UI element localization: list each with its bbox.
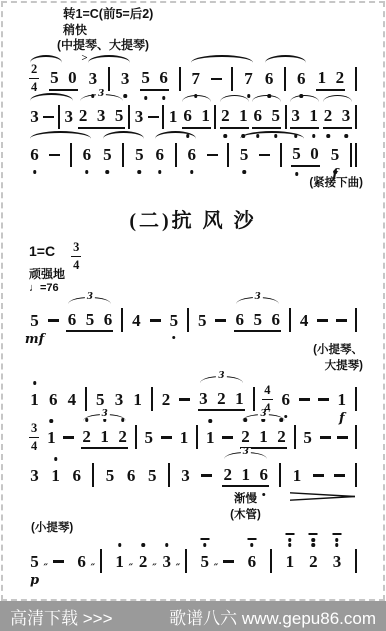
- note-digit: 3: [121, 70, 130, 87]
- barline: [289, 308, 291, 332]
- barline: [92, 463, 94, 487]
- note: 2: [276, 424, 287, 448]
- note-digit: 1: [180, 429, 189, 446]
- slur-arc: [323, 95, 352, 103]
- footer-bar: 高清下载 >>> 歌谱八六 www.gepu86.com: [0, 601, 386, 631]
- overline-mark: [309, 533, 318, 535]
- tie-slur: [191, 55, 253, 64]
- note-digit: 6: [83, 146, 92, 163]
- note-digit: 3: [199, 390, 208, 407]
- barline: [151, 387, 153, 411]
- octave-dot-below: [247, 94, 251, 98]
- tie-slur: [30, 93, 73, 102]
- barline: [355, 387, 357, 411]
- octave-dot-below: [326, 134, 330, 138]
- meter-numerator: 2: [29, 61, 39, 79]
- octave-dot-above: [335, 538, 339, 542]
- note: 5mf: [29, 308, 40, 332]
- octave-dot-above: [288, 538, 292, 542]
- note-digit: 6: [235, 311, 244, 328]
- note-digit: 6: [265, 70, 274, 87]
- tempo-bpm: ♩=76: [29, 282, 383, 295]
- duration-dash: [215, 319, 226, 322]
- duration-dash: [337, 436, 348, 439]
- final-barline: [350, 143, 357, 167]
- note: 5: [105, 463, 116, 487]
- note-digit: 3: [30, 467, 39, 484]
- duration-dash: [201, 474, 212, 477]
- tremolo-mark: ″: [176, 564, 180, 574]
- barline: [196, 425, 198, 449]
- note-digit: 1: [206, 429, 215, 446]
- note-digit: 6: [254, 107, 263, 124]
- note: 6: [258, 462, 269, 486]
- octave-dot-above: [54, 457, 58, 461]
- site-credit: 歌谱八六 www.gepu86.com: [169, 604, 376, 629]
- barline: [279, 463, 281, 487]
- note: 1: [316, 66, 327, 90]
- note-digit: 1: [239, 107, 248, 124]
- note-digit: 2: [79, 107, 88, 124]
- music-line: 6655665505f: [29, 142, 357, 168]
- octave-dot-below: [123, 94, 127, 98]
- tie-slur: [103, 131, 144, 140]
- meter-denominator: 4: [71, 257, 81, 274]
- note-digit: 3: [291, 107, 300, 124]
- music-line: 5″p6″1″2″3″5″6123: [29, 548, 357, 574]
- instruments-label: (中提琴、大提琴): [57, 38, 383, 54]
- note: 1: [179, 425, 190, 449]
- note: 2: [78, 104, 89, 128]
- note: 2: [323, 104, 334, 128]
- note: 5: [270, 104, 281, 128]
- slur-arc: [182, 95, 211, 103]
- barline: [355, 143, 357, 167]
- barline: [355, 67, 357, 91]
- beam-group: 2353: [78, 105, 125, 129]
- barline: [350, 143, 352, 167]
- note: 1: [46, 425, 57, 449]
- note: 6: [252, 104, 263, 128]
- note: 1: [240, 462, 251, 486]
- note-digit: 3: [64, 108, 73, 125]
- note: 1: [292, 463, 303, 487]
- note-digit: 3: [30, 108, 39, 125]
- note: 1: [308, 104, 319, 128]
- expression-text: 顽强地: [29, 267, 383, 281]
- barline: [135, 425, 137, 449]
- note: 6: [158, 66, 169, 90]
- note: 2: [222, 462, 233, 486]
- tie-slur: [30, 55, 62, 64]
- note: 6: [66, 307, 77, 331]
- barline: [70, 143, 72, 167]
- note-digit: 0: [310, 145, 319, 162]
- barline: [100, 549, 102, 573]
- note-digit: 6: [104, 311, 113, 328]
- barline: [122, 143, 124, 167]
- triplet-number: 3: [253, 293, 263, 302]
- section2-music-lines-a: 5mf656345565634: [3, 307, 383, 333]
- note: 3: [133, 105, 144, 129]
- note-digit: 4: [68, 391, 77, 408]
- duration-dash: [318, 398, 329, 401]
- note: 5: [197, 308, 208, 332]
- triplet-number: 3: [241, 448, 251, 457]
- barline: [294, 425, 296, 449]
- note: 3: [331, 549, 342, 573]
- duration-dash: [161, 436, 172, 439]
- dynamic-mf: mf: [25, 333, 44, 346]
- octave-dot-above: [141, 543, 145, 547]
- section2-music-lines-b: 164531232134461f341212351121235316565321…: [3, 386, 383, 488]
- barline: [58, 105, 60, 129]
- barline: [231, 67, 233, 91]
- note: 6: [246, 549, 257, 573]
- duration-dash: [334, 474, 345, 477]
- octave-dot-above: [208, 419, 212, 423]
- note: 5: [102, 143, 113, 167]
- note-digit: 6: [271, 311, 280, 328]
- note-digit: 6: [49, 391, 58, 408]
- note-digit: 4: [132, 312, 141, 329]
- note: 6: [296, 67, 307, 91]
- triplet-number: 3: [216, 372, 226, 381]
- note: 1: [132, 387, 143, 411]
- duration-dash: [43, 116, 54, 119]
- note: 3: [63, 105, 74, 129]
- note-digit: 2: [324, 107, 333, 124]
- music-line: 316565321631渐慢(木管): [29, 462, 357, 488]
- note: 6: [182, 104, 193, 128]
- note: 2: [161, 387, 172, 411]
- slur-arc: [252, 95, 281, 103]
- note-digit: 6: [68, 311, 77, 328]
- note: 3: [96, 104, 107, 128]
- note: 3: [113, 387, 124, 411]
- note: 5: [134, 143, 145, 167]
- barline: [179, 67, 181, 91]
- dynamic-f: f: [332, 168, 338, 181]
- note: 1: [168, 105, 179, 129]
- tempo-annotation: 渐慢(木管): [230, 492, 261, 523]
- note-digit: 3: [97, 107, 106, 124]
- note-digit: 3: [342, 107, 351, 124]
- note: 5″p: [29, 549, 40, 573]
- barline: [121, 308, 123, 332]
- tie-slur: [265, 55, 306, 64]
- note: 1: [238, 104, 249, 128]
- note-digit: 1: [30, 391, 39, 408]
- note-digit: 5: [135, 146, 144, 163]
- note-digit: 5: [240, 146, 249, 163]
- note-digit: 5: [30, 312, 39, 329]
- tremolo-mark: ″: [44, 564, 48, 574]
- barline: [175, 143, 177, 167]
- note: 3: [290, 104, 301, 128]
- barline: [168, 463, 170, 487]
- music-line: 332353316121653123: [29, 104, 357, 130]
- note-digit: 6: [127, 467, 136, 484]
- note-digit: 5: [331, 146, 340, 163]
- note-digit: 5: [96, 391, 105, 408]
- instruments-label-right-line2: 大提琴): [23, 359, 363, 375]
- note-digit: 2: [224, 466, 233, 483]
- score-content: 转1=C(前5=后2) 稍快 (中提琴、大提琴) 24503>356776612…: [1, 1, 385, 601]
- octave-dot-below: [85, 170, 89, 174]
- music-line: 164531232134461f: [29, 386, 357, 412]
- section2-title: (二)抗 风 沙: [3, 204, 383, 233]
- note: 3: [29, 105, 40, 129]
- note-digit: 1: [293, 467, 302, 484]
- barline: [285, 105, 287, 129]
- beam-group: 6563: [66, 308, 113, 332]
- note-digit: 1: [242, 466, 251, 483]
- download-link[interactable]: 高清下载 >>>: [10, 604, 113, 629]
- annotation-line: 渐慢: [230, 492, 261, 508]
- note-digit: 2: [118, 428, 127, 445]
- tie-slur: [30, 131, 91, 140]
- octave-dot-above: [50, 419, 54, 423]
- music-line: 341212351121235: [29, 424, 357, 450]
- duration-dash: [336, 319, 347, 322]
- octave-dot-above: [312, 538, 316, 542]
- note-digit: 6: [30, 146, 39, 163]
- tempo-marking: 稍快: [63, 23, 383, 39]
- note: 6: [280, 387, 291, 411]
- dynamic-p: p: [30, 574, 39, 587]
- time-signature: 34: [29, 420, 39, 455]
- note-digit: 1: [235, 390, 244, 407]
- note: 0: [309, 142, 320, 166]
- octave-dot-below: [224, 134, 228, 138]
- note: 7: [190, 67, 201, 91]
- note: 3>: [87, 67, 98, 91]
- octave-dot-below: [312, 134, 316, 138]
- tremolo-mark: ″: [214, 564, 218, 574]
- note: 5: [95, 387, 106, 411]
- note: 4: [131, 308, 142, 332]
- note: 6: [154, 143, 165, 167]
- octave-dot-below: [106, 170, 110, 174]
- duration-dash: [320, 436, 331, 439]
- note-digit: 5: [50, 69, 59, 86]
- note: 5: [147, 463, 158, 487]
- note-digit: 1: [169, 108, 178, 125]
- note: 4: [299, 308, 310, 332]
- duration-dash: [259, 154, 270, 157]
- triplet-number: 3: [96, 90, 106, 99]
- octave-dot-below: [33, 170, 37, 174]
- note: 1: [284, 549, 295, 573]
- beam-group: 50: [49, 67, 78, 91]
- duration-dash: [299, 398, 310, 401]
- beam-group: 65: [252, 105, 281, 129]
- octave-dot-above: [33, 381, 37, 385]
- instruments-label-right: (小提琴、 大提琴): [23, 343, 363, 374]
- note: 3: [198, 386, 209, 410]
- note: 5″: [199, 549, 210, 573]
- note-digit: 5: [292, 145, 301, 162]
- note-digit: 1: [309, 107, 318, 124]
- tie-slur: [155, 131, 196, 140]
- note-digit: 3: [162, 553, 171, 570]
- tremolo-mark: ″: [91, 564, 95, 574]
- triplet-number: 3: [85, 293, 95, 302]
- note-digit: 5: [148, 467, 157, 484]
- note-digit: 5: [198, 312, 207, 329]
- overline-mark: [332, 533, 341, 535]
- octave-dot-above: [203, 543, 207, 547]
- note: 3: [180, 463, 191, 487]
- barline: [270, 549, 272, 573]
- note-digit: 5: [103, 146, 112, 163]
- note: 1: [50, 463, 61, 487]
- note-digit: 5: [303, 429, 312, 446]
- note: 5: [84, 307, 95, 331]
- meter-numerator: 3: [29, 420, 39, 438]
- octave-dot-below: [344, 134, 348, 138]
- decrescendo-hairpin: [290, 492, 355, 501]
- modulation-text: 转1=C(前5=后2): [63, 7, 383, 23]
- key-signature: 1=C: [29, 239, 55, 259]
- note: 6″: [76, 549, 87, 573]
- note-digit: 6: [73, 467, 82, 484]
- duration-dash: [148, 116, 159, 119]
- octave-dot-below: [158, 170, 162, 174]
- beam-group: 23: [323, 105, 352, 129]
- note: 6: [264, 67, 275, 91]
- octave-dot-below: [262, 493, 266, 497]
- note: 5: [49, 66, 60, 90]
- note: 2: [117, 424, 128, 448]
- slur-arc: [220, 95, 249, 103]
- note-digit: 7: [192, 70, 201, 87]
- tremolo-mark: ″: [129, 564, 133, 574]
- duration-dash: [63, 436, 74, 439]
- slur-arc: [290, 95, 319, 103]
- note-digit: 3: [181, 467, 190, 484]
- time-signature: 24: [29, 61, 39, 96]
- note: 5: [291, 142, 302, 166]
- note: 2: [334, 66, 345, 90]
- key-signature-row: 1=C 34: [29, 239, 383, 265]
- note-digit: 1: [318, 69, 327, 86]
- note-digit: 3: [89, 70, 98, 87]
- note: 1: [205, 425, 216, 449]
- note-digit: 6: [187, 146, 196, 163]
- note: 3″: [161, 549, 172, 573]
- violin-label: (小提琴): [31, 522, 383, 536]
- note-digit: 6: [281, 391, 290, 408]
- note: 1: [29, 387, 40, 411]
- note: 2: [220, 104, 231, 128]
- note: 5: [252, 307, 263, 331]
- note-digit: 6: [297, 70, 306, 87]
- beam-group: 56: [140, 67, 169, 91]
- note-digit: 3: [115, 391, 124, 408]
- note: 6: [270, 307, 281, 331]
- note-digit: 2: [277, 428, 286, 445]
- octave-dot-below: [242, 170, 246, 174]
- barline: [284, 67, 286, 91]
- octave-dot-below: [162, 96, 166, 100]
- duration-dash: [317, 319, 328, 322]
- note-digit: 6: [183, 107, 192, 124]
- note: 6: [81, 143, 92, 167]
- barline: [355, 549, 357, 573]
- barline: [187, 308, 189, 332]
- note-digit: 5: [272, 107, 281, 124]
- duration-dash: [179, 398, 190, 401]
- duration-dash: [53, 560, 64, 563]
- note-digit: 5: [86, 311, 95, 328]
- accent-mark: >: [81, 52, 87, 64]
- meter-denominator: 4: [29, 438, 39, 455]
- barline: [128, 105, 130, 129]
- note: 2: [240, 424, 251, 448]
- note-digit: 7: [244, 70, 253, 87]
- music-line: 5mf656345565634: [29, 307, 357, 333]
- octave-dot-above: [335, 543, 339, 547]
- overline-mark: [200, 538, 209, 540]
- note-digit: 5: [115, 107, 124, 124]
- octave-dot-above: [165, 543, 169, 547]
- note: 1: [200, 104, 211, 128]
- note-digit: 1: [259, 428, 268, 445]
- barline: [355, 425, 357, 449]
- beam-group: 61: [182, 105, 211, 129]
- note-digit: 6: [159, 69, 168, 86]
- beam-group: 6563: [234, 308, 281, 332]
- note: 2: [308, 549, 319, 573]
- note-digit: 5: [106, 467, 115, 484]
- note-digit: 2: [217, 390, 226, 407]
- duration-dash: [150, 319, 161, 322]
- note-digit: 1: [51, 467, 60, 484]
- note: 2″: [138, 549, 149, 573]
- beam-group: 2163: [222, 463, 269, 487]
- note-digit: 5: [145, 429, 154, 446]
- note: 1: [99, 424, 110, 448]
- meter-numerator: 4: [262, 382, 272, 400]
- note-digit: 5: [253, 311, 262, 328]
- note-digit: 4: [300, 312, 309, 329]
- sheet-music-page: 转1=C(前5=后2) 稍快 (中提琴、大提琴) 24503>356776612…: [0, 0, 386, 631]
- tie-slur: [88, 55, 130, 64]
- barline: [253, 387, 255, 411]
- note-digit: 1: [133, 391, 142, 408]
- triplet-number: 3: [99, 410, 109, 419]
- note-digit: 3: [333, 553, 342, 570]
- beam-group: 12: [316, 67, 345, 91]
- tie-slur: [240, 131, 304, 140]
- tremolo-mark: ″: [152, 564, 156, 574]
- note-digit: 2: [241, 428, 250, 445]
- note: 6: [102, 307, 113, 331]
- note: 5: [143, 425, 154, 449]
- note: 5: [140, 66, 151, 90]
- note: 5: [168, 308, 179, 332]
- note-digit: 1: [338, 391, 347, 408]
- barline: [214, 105, 216, 129]
- octave-dot-below: [295, 172, 299, 176]
- meter-numerator: 3: [71, 239, 81, 257]
- octave-dot-below: [144, 96, 148, 100]
- section1-music-lines: 24503>3567766123323533161216531236655665…: [3, 66, 383, 168]
- note: 7: [243, 67, 254, 91]
- octave-dot-above: [118, 543, 122, 547]
